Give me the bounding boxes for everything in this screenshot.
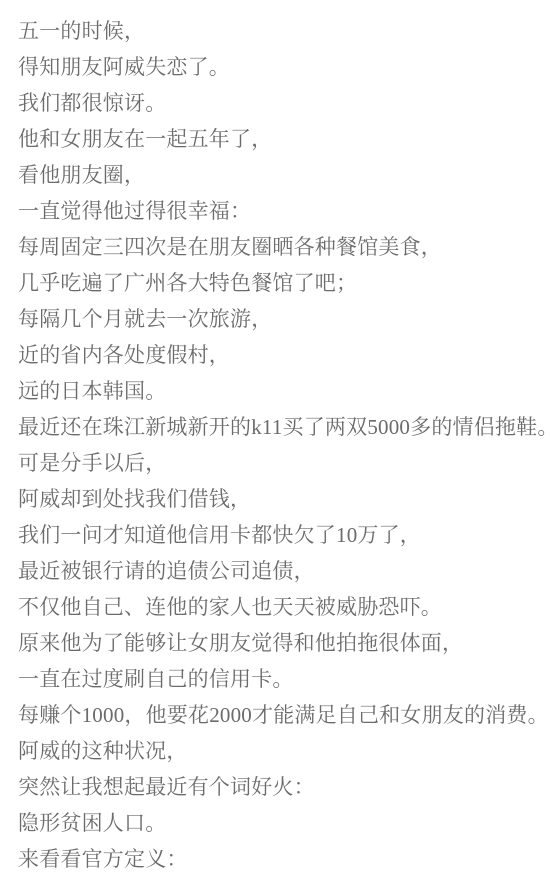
article-line: 我们一问才知道他信用卡都快欠了10万了， [18, 517, 550, 553]
article-line: 阿威却到处找我们借钱， [18, 481, 550, 517]
article-line: 我们都很惊讶。 [18, 85, 550, 121]
article-line: 每隔几个月就去一次旅游， [18, 301, 550, 337]
article-line: 原来他为了能够让女朋友觉得和他拍拖很体面， [18, 625, 550, 661]
article-line: 可是分手以后， [18, 445, 550, 481]
article-line: 看他朋友圈， [18, 157, 550, 193]
article-line: 隐形贫困人口。 [18, 805, 550, 841]
article-line: 最近被银行请的追债公司追债， [18, 553, 550, 589]
article-line: 每赚个1000，他要花2000才能满足自己和女朋友的消费。 [18, 697, 550, 733]
article-line: 他和女朋友在一起五年了， [18, 121, 550, 157]
article-line: 近的省内各处度假村， [18, 337, 550, 373]
article-line: 突然让我想起最近有个词好火： [18, 769, 550, 805]
article-line: 一直在过度刷自己的信用卡。 [18, 661, 550, 697]
article-line: 阿威的这种状况， [18, 733, 550, 769]
article-line: 不仅他自己、连他的家人也天天被威胁恐吓。 [18, 589, 550, 625]
article-line: 几乎吃遍了广州各大特色餐馆了吧； [18, 265, 550, 301]
article-line: 五一的时候， [18, 13, 550, 49]
article-line: 一直觉得他过得很幸福： [18, 193, 550, 229]
article-line: 得知朋友阿威失恋了。 [18, 49, 550, 85]
article-line: 最近还在珠江新城新开的k11买了两双5000多的情侣拖鞋。 [18, 409, 550, 445]
article-line: 来看看官方定义： [18, 841, 550, 877]
article-body: 五一的时候， 得知朋友阿威失恋了。 我们都很惊讶。 他和女朋友在一起五年了， 看… [0, 0, 550, 877]
article-line: 每周固定三四次是在朋友圈晒各种餐馆美食， [18, 229, 550, 265]
article-line: 远的日本韩国。 [18, 373, 550, 409]
